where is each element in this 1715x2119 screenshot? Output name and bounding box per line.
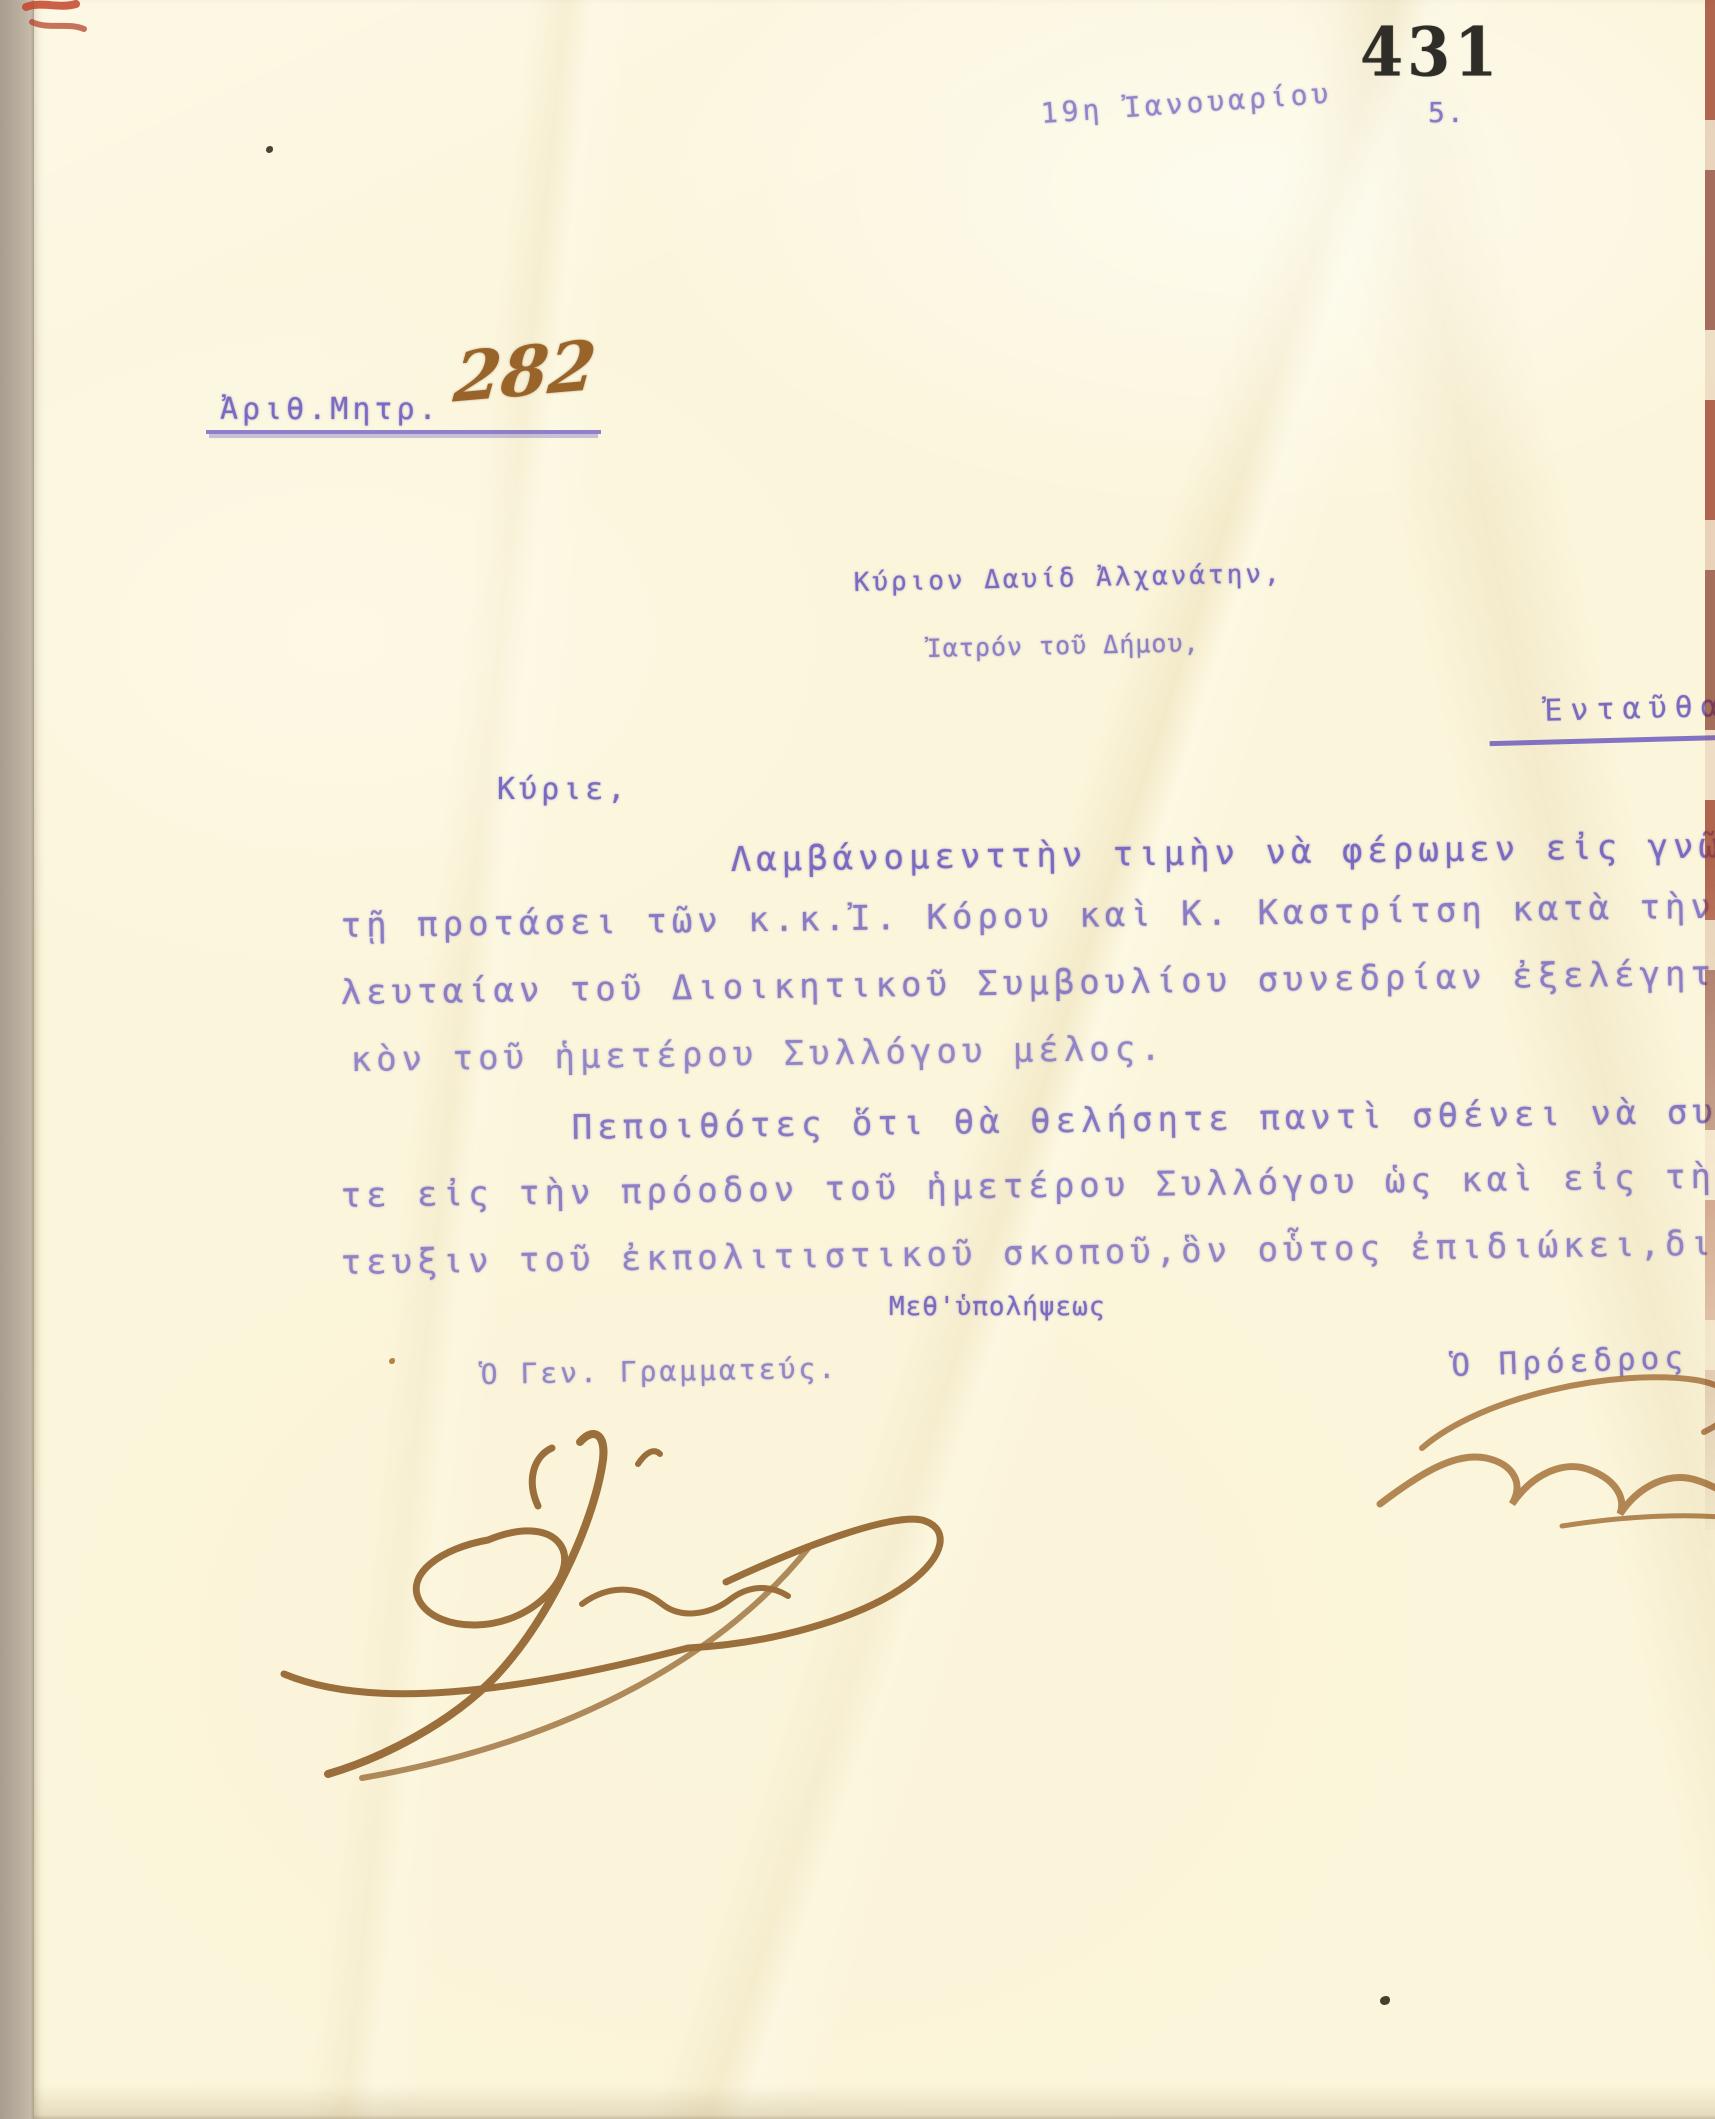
body-line-4: κὸν τοῦ ἡμετέρου Συλλόγου μέλος. [350, 1029, 1166, 1080]
registry-number-line: Ἀριθ.Μητρ. 282 [206, 372, 601, 434]
page-left-edge [0, 0, 36, 2119]
date-year-digit: 5. [1428, 96, 1466, 129]
archive-page-number-stamp: 431 [1360, 13, 1501, 92]
ink-speck [266, 146, 273, 153]
body-line-7: τευξιν τοῦ ἐκπολιτιστικοῦ σκοποῦ,ὃν οὗτο… [340, 1223, 1715, 1283]
body-line-2: τῇ προτάσει τῶν κ.κ.Ἰ. Κόρου καὶ Κ. Καστ… [340, 887, 1715, 946]
ink-speck [1380, 1996, 1390, 2005]
salutation: Κύριε, [497, 772, 629, 807]
scanned-letter-page: 431 19η Ἰανουαρίου 5. Ἀριθ.Μητρ. 282 Κύρ… [0, 0, 1715, 2119]
recipient-name: Κύριον Δαυίδ Ἀλχανάτην, [853, 559, 1283, 598]
recipient-place-underlined: Ἐνταῦθα [1488, 689, 1715, 746]
president-title: Ὁ Πρόεδρος [1451, 1340, 1689, 1384]
bottom-paper-edge-shadow [34, 2085, 1715, 2119]
secretary-signature [250, 1422, 950, 1782]
ink-speck [389, 1358, 395, 1364]
secretary-title: Ὁ Γεν. Γραμματεύς. [480, 1352, 838, 1391]
recipient-title: Ἰατρόν τοῦ Δήμου, [926, 628, 1199, 663]
body-line-3: λευταίαν τοῦ Διοικητικοῦ Συμβουλίου συνε… [340, 953, 1715, 1013]
closing-phrase: Μεθ'ὑπολήψεως [889, 1292, 1106, 1322]
registry-number-handwritten: 282 [451, 325, 599, 418]
body-line-6: τε εἰς τὴν πρόοδον τοῦ ἡμετέρου Συλλόγου… [340, 1156, 1715, 1216]
recipient-place: Ἐνταῦθα [1544, 689, 1715, 729]
letter-paper: 431 19η Ἰανουαρίου 5. Ἀριθ.Μητρ. 282 Κύρ… [34, 0, 1715, 2119]
right-edge-red-line [1705, 0, 1715, 1560]
body-line-1: Λαμβάνομενττὴν τιμὴν νὰ φέρωμεν εἰς γνῶσ… [730, 824, 1715, 880]
body-line-5: Πεποιθότες ὅτι θὰ θελήσητε παντὶ σθένει … [571, 1092, 1715, 1148]
date-line: 19η Ἰανουαρίου [1040, 77, 1334, 130]
registry-label: Ἀριθ.Μητρ. [220, 392, 441, 427]
